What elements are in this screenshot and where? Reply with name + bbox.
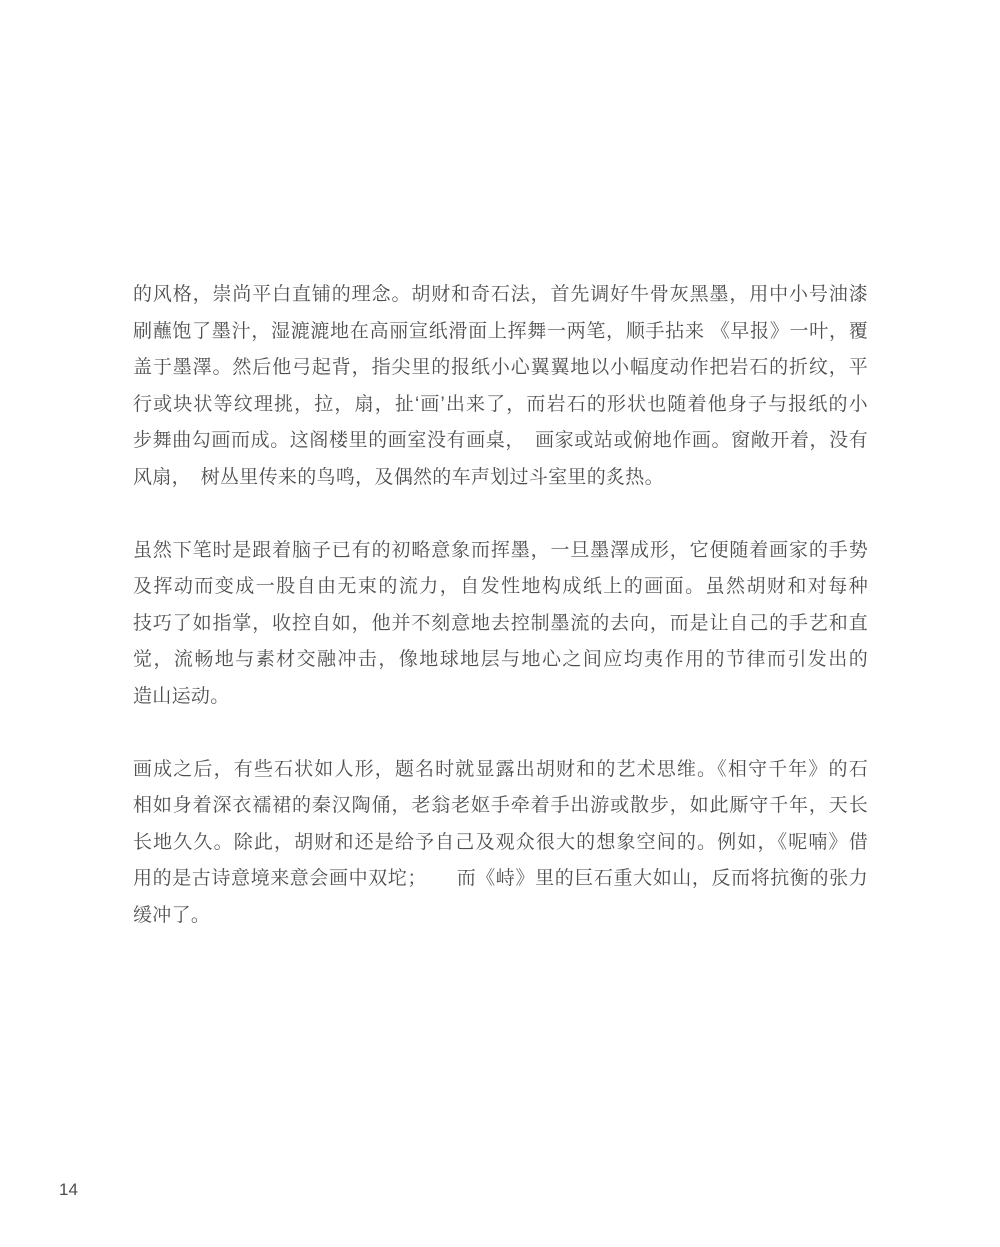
text-line: 技巧了如指掌，收控自如，他并不刻意地去控制墨流的去向，而是让自己的手艺和直 bbox=[133, 606, 868, 643]
paragraph-3: 画成之后，有些石状如人形，题名时就显露出胡财和的艺术思维。《相守千年》的石 相如… bbox=[133, 752, 868, 935]
text-line: 步舞曲勾画而成。这阁楼里的画室没有画桌， 画家或站或俯地作画。窗敞开着，没有 bbox=[133, 423, 868, 460]
text-line: 虽然下笔时是跟着脑子已有的初略意象而挥墨，一旦墨澤成形，它便随着画家的手势 bbox=[133, 533, 868, 570]
text-line: 缓冲了。 bbox=[133, 898, 868, 935]
page-number: 14 bbox=[59, 1180, 78, 1200]
text-line: 长地久久。除此，胡财和还是给予自己及观众很大的想象空间的。例如，《呢喃》借 bbox=[133, 825, 868, 862]
paragraph-2: 虽然下笔时是跟着脑子已有的初略意象而挥墨，一旦墨澤成形，它便随着画家的手势 及挥… bbox=[133, 533, 868, 716]
text-line: 刷蘸饱了墨汁，湿漉漉地在高丽宣纸滑面上挥舞一两笔，顺手拈来 《早报》一叶，覆 bbox=[133, 314, 868, 351]
text-line: 觉，流畅地与素材交融冲击，像地球地层与地心之间应均夷作用的节律而引发出的 bbox=[133, 642, 868, 679]
text-line: 的风格，崇尚平白直铺的理念。胡财和奇石法，首先调好牛骨灰黑墨，用中小号油漆 bbox=[133, 277, 868, 314]
document-page: 的风格，崇尚平白直铺的理念。胡财和奇石法，首先调好牛骨灰黑墨，用中小号油漆 刷蘸… bbox=[0, 0, 1000, 1247]
paragraph-1: 的风格，崇尚平白直铺的理念。胡财和奇石法，首先调好牛骨灰黑墨，用中小号油漆 刷蘸… bbox=[133, 277, 868, 496]
text-line: 风扇， 树丛里传来的鸟鸣，及偶然的车声划过斗室里的炙热。 bbox=[133, 460, 868, 497]
body-text: 的风格，崇尚平白直铺的理念。胡财和奇石法，首先调好牛骨灰黑墨，用中小号油漆 刷蘸… bbox=[133, 277, 868, 934]
text-line: 盖于墨澤。然后他弓起背，指尖里的报纸小心翼翼地以小幅度动作把岩石的折纹，平 bbox=[133, 350, 868, 387]
text-line: 行或块状等纹理挑，拉，扇，扯‘画’出来了，而岩石的形状也随着他身子与报纸的小 bbox=[133, 387, 868, 424]
text-line: 造山运动。 bbox=[133, 679, 868, 716]
text-line: 画成之后，有些石状如人形，题名时就显露出胡财和的艺术思维。《相守千年》的石 bbox=[133, 752, 868, 789]
text-line: 及挥动而变成一股自由无束的流力，自发性地构成纸上的画面。虽然胡财和对每种 bbox=[133, 569, 868, 606]
text-line: 相如身着深衣襦裙的秦汉陶俑，老翁老妪手牵着手出游或散步，如此厮守千年，天长 bbox=[133, 788, 868, 825]
text-line: 用的是古诗意境来意会画中双坨； 而《峙》里的巨石重大如山，反而将抗衡的张力 bbox=[133, 861, 868, 898]
